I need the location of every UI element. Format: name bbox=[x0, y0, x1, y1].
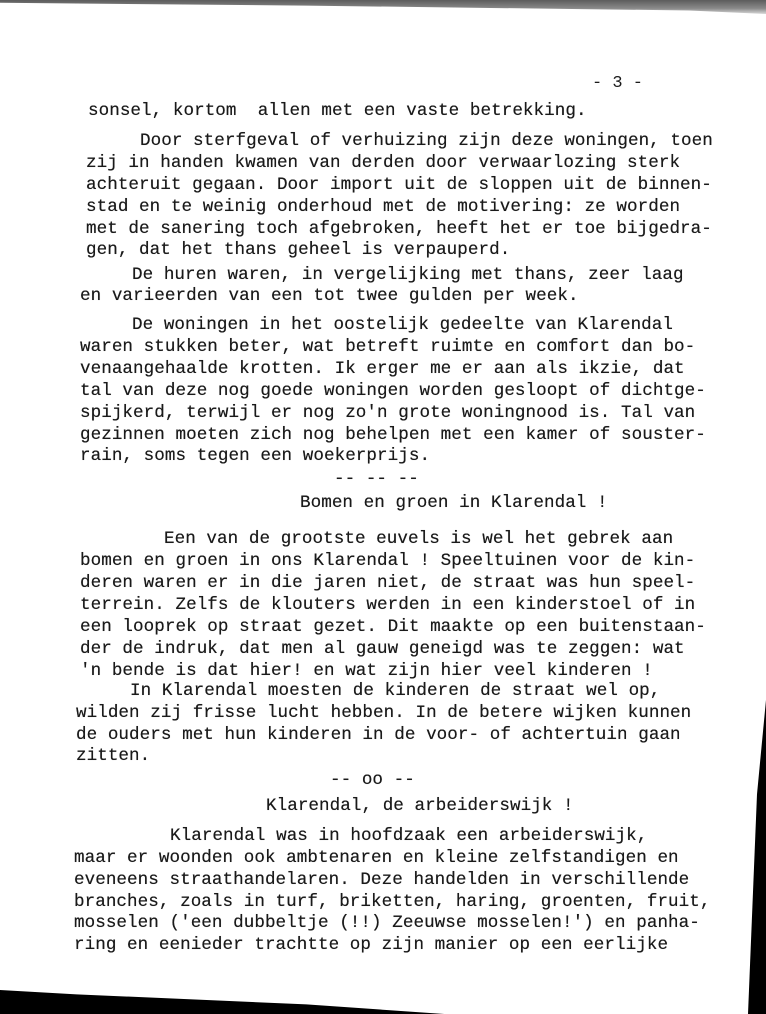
text-line: De woningen in het oostelijk gedeelte va… bbox=[132, 315, 673, 335]
text-line: terrein. Zelfs de klouters werden in een… bbox=[80, 595, 695, 615]
scan-edge-top bbox=[0, 0, 766, 14]
text-line: deren waren er in die jaren niet, de str… bbox=[80, 573, 695, 593]
text-line: venaangehaalde krotten. Ik erger me er a… bbox=[80, 359, 685, 379]
scan-edge-bottom bbox=[0, 990, 766, 1014]
text-line: branches, zoals in turf, briketten, hari… bbox=[74, 892, 710, 912]
text-line: wilden zij frisse lucht hebben. In de be… bbox=[76, 703, 691, 723]
text-line: tal van deze nog goede woningen worden g… bbox=[80, 381, 706, 401]
scanned-document-page: - 3 - sonsel, kortom allen met een vaste… bbox=[0, 0, 766, 1014]
text-line: zitten. bbox=[76, 746, 150, 766]
text-line: sonsel, kortom allen met een vaste betre… bbox=[88, 101, 587, 121]
text-line: Een van de grootste euvels is wel het ge… bbox=[164, 529, 673, 549]
scan-edge-right bbox=[748, 700, 766, 1014]
text-line: spijkerd, terwijl er nog zo'n grote woni… bbox=[80, 403, 695, 423]
text-line: rain, soms tegen een woekerprijs. bbox=[80, 446, 430, 466]
section-heading: Klarendal, de arbeiderswijk ! bbox=[266, 796, 574, 816]
text-line: met de sanering toch afgebroken, heeft h… bbox=[86, 219, 712, 239]
text-line: achteruit gegaan. Door import uit de slo… bbox=[86, 175, 712, 195]
section-heading: Bomen en groen in Klarendal ! bbox=[300, 493, 608, 513]
text-line: mosselen ('een dubbeltje (!!) Zeeuwse mo… bbox=[74, 913, 700, 933]
text-line: Klarendal was in hoofdzaak een arbeiders… bbox=[170, 826, 647, 846]
text-line: een looprek op straat gezet. Dit maakte … bbox=[80, 617, 706, 637]
text-line: waren stukken beter, wat betreft ruimte … bbox=[80, 337, 695, 357]
text-line: der de indruk, dat men al gauw geneigd w… bbox=[80, 639, 685, 659]
text-line: Door sterfgeval of verhuizing zijn deze … bbox=[140, 131, 713, 151]
text-line: gen, dat het thans geheel is verpauperd. bbox=[86, 240, 510, 260]
text-line: gezinnen moeten zich nog behelpen met ee… bbox=[80, 425, 706, 445]
text-line: 'n bende is dat hier! en wat zijn hier v… bbox=[80, 661, 653, 681]
text-line: de ouders met hun kinderen in de voor- o… bbox=[76, 725, 681, 745]
text-line: ring en eenieder trachtte op zijn manier… bbox=[74, 935, 668, 955]
text-line: bomen en groen in ons Klarendal ! Speelt… bbox=[80, 551, 695, 571]
text-line: stad en te weinig onderhoud met de motiv… bbox=[86, 197, 680, 217]
text-line: De huren waren, in vergelijking met than… bbox=[132, 265, 684, 285]
section-separator: -- -- -- bbox=[334, 469, 419, 489]
section-separator: -- oo -- bbox=[330, 770, 415, 790]
text-line: zij in handen kwamen van derden door ver… bbox=[86, 153, 680, 173]
page-number: - 3 - bbox=[592, 74, 643, 93]
text-line: en varieerden van een tot twee gulden pe… bbox=[80, 286, 579, 306]
text-line: maar er woonden ook ambtenaren en kleine… bbox=[74, 848, 679, 868]
text-line: In Klarendal moesten de kinderen de stra… bbox=[130, 681, 660, 701]
text-line: eveneens straathandelaren. Deze handelde… bbox=[74, 870, 689, 890]
